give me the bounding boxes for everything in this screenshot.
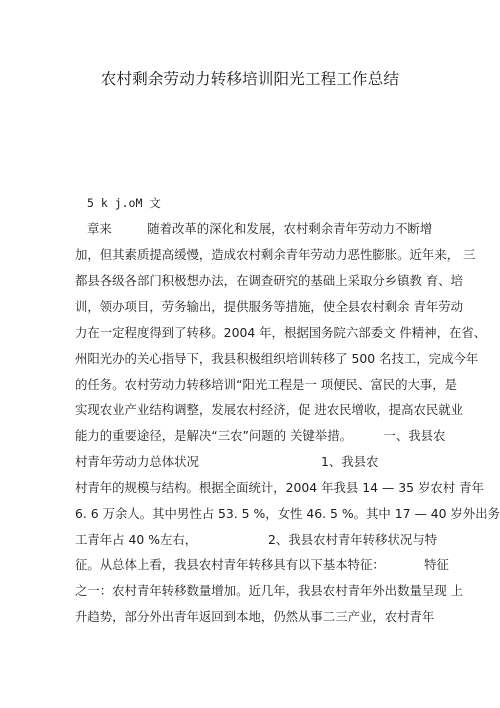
paragraph-line: 之一：农村青年转移数量增加。近几年，我县农村青年外出数量呈现 上 xyxy=(75,583,463,599)
document-page: 农村剩余劳动力转移培训阳光工程工作总结 5 k j.oM 文 章来 随着改革的深… xyxy=(0,0,500,708)
paragraph-line: 州阳光办的关心指导下，我县积极组织培训转移了 500 名技工，完成今年 xyxy=(75,351,478,367)
paragraph-line: 能力的重要途径，是解决“三农”问题的 关键举措。 一、我县农 xyxy=(75,428,445,444)
paragraph-line: 的任务。农村劳动力转移培训“阳光工程是一 项便民、富民的大事，是 xyxy=(75,377,457,393)
paragraph-line: 训，领办项目，劳务输出，提供服务等措施，使全县农村剩余 青年劳动 xyxy=(75,299,463,315)
paragraph-line: 实现农业产业结构调整，发展农村经济，促 进农民增收，提高农民就业 xyxy=(75,402,463,418)
paragraph-line: 6. 6 万余人。其中男性占 53. 5 %，女性 46. 5 %。其中 17 … xyxy=(75,506,500,522)
paragraph-line: 工青年占 40 %左右， 2、我县农村青年转移状况与特 xyxy=(75,532,437,548)
paragraph-line: 加，但其素质提高缓慢，造成农村剩余青年劳动力恶性膨胀。近年来， 三 xyxy=(75,247,475,263)
paragraph-line: 村青年的规模与结构。根据全面统计，2004 年我县 14 — 35 岁农村 青年 xyxy=(75,480,484,496)
paragraph-line: 征。从总体上看，我县农村青年转移具有以下基本特征： 特征 xyxy=(75,557,449,573)
document-title: 农村剩余劳动力转移培训阳光工程工作总结 xyxy=(0,67,500,89)
paragraph-line: 村青年劳动力总体状况 1、我县农 xyxy=(75,454,378,470)
paragraph-line: 力在一定程度得到了转移。2004 年，根据国务院六部委文 件精神，在省、 xyxy=(75,325,486,341)
paragraph-line: 章来 随着改革的深化和发展，农村剩余青年劳动力不断增 xyxy=(87,221,432,237)
paragraph-line: 升趋势，部分外出青年返回到本地，仍然从事二三产业，农村青年 xyxy=(75,609,434,625)
paragraph-line: 都县各级各部门积极想办法，在调查研究的基础上采取分乡镇教 育、培 xyxy=(75,273,463,289)
source-line: 5 k j.oM 文 xyxy=(87,195,161,211)
